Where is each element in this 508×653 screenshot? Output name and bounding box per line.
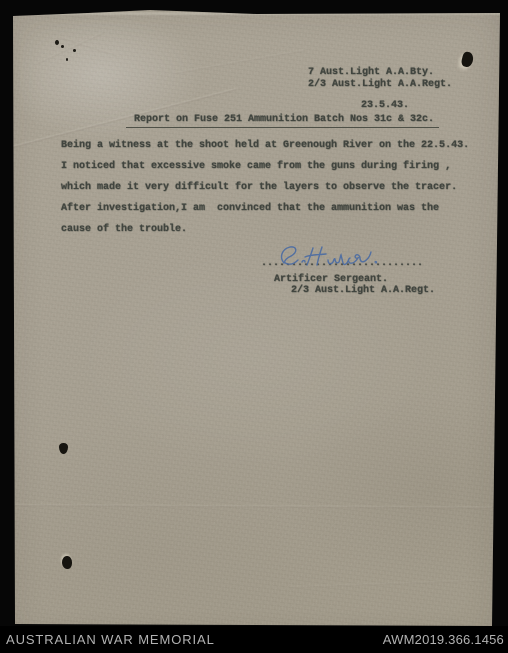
report-title: Report on Fuse 251 Ammunition Batch Nos … — [126, 114, 439, 128]
paper-speck — [73, 49, 76, 52]
body-line: Being a witness at the shoot held at Gre… — [61, 140, 469, 151]
scanned-document-frame: 7 Aust.Light A.A.Bty.2/3 Aust.Light A.A.… — [0, 0, 508, 653]
paper-speck — [61, 45, 64, 48]
body-line: which made it very difficult for the lay… — [61, 182, 457, 193]
body-line: I noticed that excessive smoke came from… — [61, 161, 451, 172]
paper-top-edge-highlight — [13, 12, 500, 15]
body-line: After investigation,I am convinced that … — [61, 203, 439, 214]
paper-corner-sheen — [20, 20, 220, 150]
unit-line-1: 7 Aust.Light A.A.Bty. — [308, 67, 434, 78]
handwritten-signature — [0, 0, 508, 653]
paper-hole — [59, 443, 68, 454]
signatory-unit: 2/3 Aust.Light A.A.Regt. — [291, 285, 435, 297]
unit-header: 7 Aust.Light A.A.Bty.2/3 Aust.Light A.A.… — [308, 67, 452, 91]
paper-sheet: 7 Aust.Light A.A.Bty.2/3 Aust.Light A.A.… — [0, 0, 508, 653]
paper-hole — [62, 556, 72, 569]
body-line: cause of the trouble. — [61, 224, 187, 235]
paper-fold-horizontal — [14, 504, 492, 509]
paper-speck — [66, 58, 68, 61]
paper-hole — [460, 51, 474, 68]
archive-caption-bar: AUSTRALIAN WAR MEMORIAL AWM2019.366.1456 — [0, 626, 508, 653]
paper-crease-bottom — [290, 579, 490, 588]
accession-number: AWM2019.366.1456 — [383, 632, 504, 647]
signature-dotted-line: ........................... — [261, 258, 423, 270]
institution-name: AUSTRALIAN WAR MEMORIAL — [6, 632, 215, 647]
paper-speck — [55, 40, 59, 45]
report-date: 23.5.43. — [361, 100, 409, 112]
paper-crease-upper — [175, 49, 305, 74]
unit-line-2: 2/3 Aust.Light A.A.Regt. — [308, 79, 452, 90]
report-body: Being a witness at the shoot held at Gre… — [61, 135, 469, 240]
paper-grain-texture — [0, 0, 508, 653]
